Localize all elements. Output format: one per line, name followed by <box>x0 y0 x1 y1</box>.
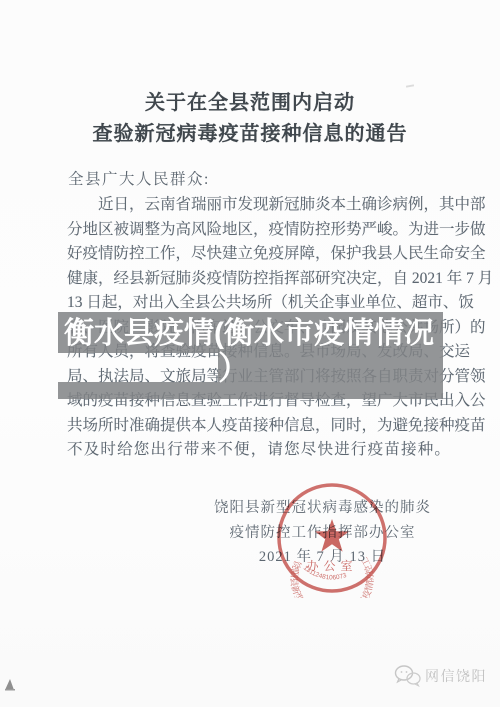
notice-document-photo: 关于在全县范围内启动 查验新冠病毒疫苗接种信息的通告 全县广大人民群众: 近日，… <box>0 0 500 707</box>
body-line: 近日，云南省瑞丽市发现新冠肺炎本土确诊病例，其中部 <box>67 193 444 218</box>
watermark-label: 网信饶阳 <box>425 666 487 686</box>
body-line: 健康，经县新冠肺炎疫情防控指挥部研究决定，自 2021 年 7 月 <box>67 267 444 292</box>
notice-title: 关于在全县范围内启动 查验新冠病毒疫苗接种信息的通告 <box>0 88 500 150</box>
overlay-headline-line1: 衡水县疫情(衡水市疫情情况 <box>64 316 434 352</box>
notice-title-line2: 查验新冠病毒疫苗接种信息的通告 <box>0 119 500 150</box>
wechat-icon <box>394 664 421 687</box>
overlay-headline-line2: ） <box>218 349 250 387</box>
overlay-band-bottom <box>58 382 443 399</box>
salutation: 全县广大人民群众: <box>68 167 210 189</box>
body-line: 分地区被调整为高风险地区，疫情防控形势严峻。为进一步做 <box>67 218 444 243</box>
seal-star-icon <box>315 519 349 552</box>
watermark: 网信饶阳 <box>394 664 487 687</box>
corner-triangle-mark <box>4 677 16 691</box>
body-line: 共场所时准确提供本人疫苗接种信息，同时，为避免接种疫苗 <box>67 414 444 439</box>
body-line: 好疫情防控工作，尽快建立免疫屏障，保护我县人民生命安全 <box>67 242 444 267</box>
body-line: 不及时给您出行带来不便，请您尽快进行疫苗接种。 <box>67 438 444 463</box>
overlay-band-middle <box>218 353 443 382</box>
official-red-seal: 饶阳县新型冠状病毒感染的肺炎疫情防控工作指挥部 办公室 131124810607… <box>272 478 392 598</box>
notice-title-line1: 关于在全县范围内启动 <box>0 88 500 119</box>
